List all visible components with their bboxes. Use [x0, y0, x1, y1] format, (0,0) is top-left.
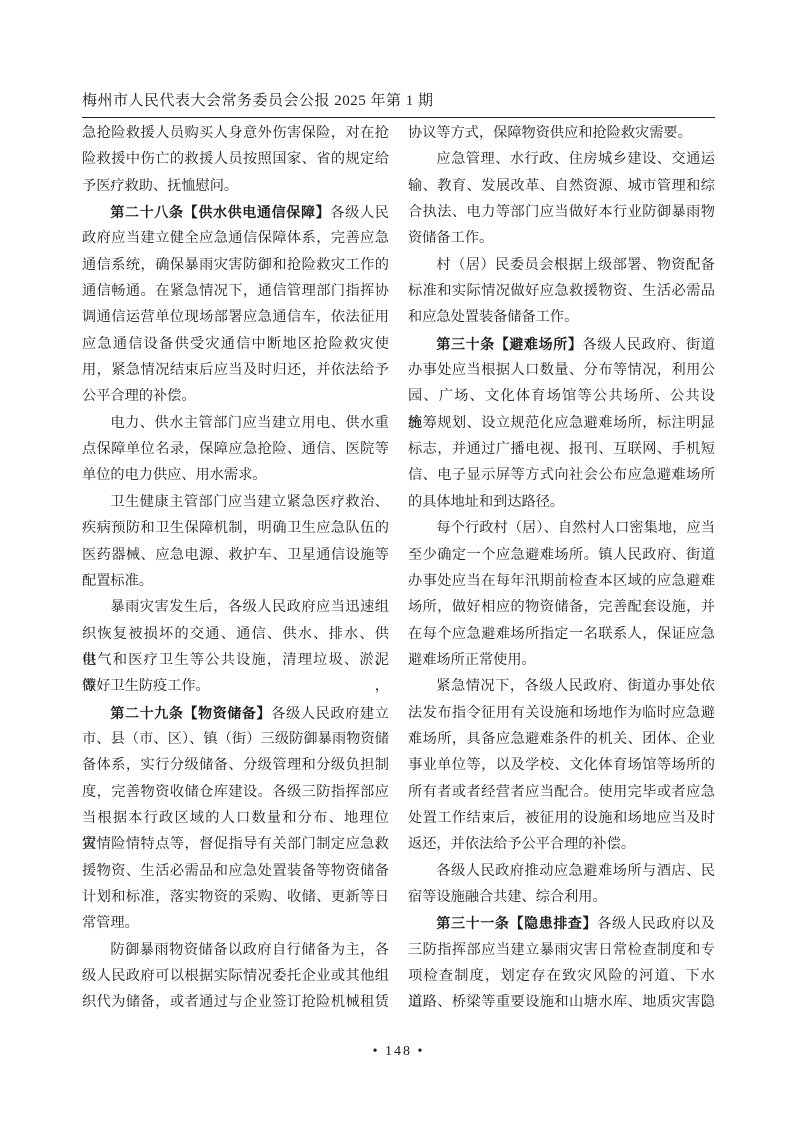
text-line: 常管理。	[82, 910, 389, 936]
text-line: 卫生健康主管部门应当建立紧急医疗救治、	[82, 489, 389, 515]
text-line: 第二十九条【物资储备】各级人民政府建立	[82, 700, 389, 726]
text-line: 予医疗救助、抚恤慰问。	[82, 173, 389, 199]
text-line: 通信系统，确保暴雨灾害防御和抢险救灾工作的	[82, 252, 389, 278]
text-line: 资储备工作。	[408, 225, 715, 251]
page-number: • 148 •	[373, 1044, 425, 1059]
text-line: 级人民政府可以根据实际情况委托企业或其他组	[82, 963, 389, 989]
text-line: 险救援中伤亡的救援人员按照国家、省的规定给	[82, 146, 389, 172]
text-line: 标准和实际情况做好应急救援物资、生活必需品	[408, 278, 715, 304]
text-line: 紧急情况下，各级人民政府、街道办事处依	[408, 673, 715, 699]
text-line: 应急管理、水行政、住房城乡建设、交通运	[408, 146, 715, 172]
gazette-page: 梅州市人民代表大会常务委员会公报 2025 年第 1 期 急抢险救援人员购买人身…	[0, 0, 793, 1122]
text-line: 用，紧急情况结束后应当及时归还，并依法给予	[82, 357, 389, 383]
left-column: 急抢险救援人员购买人身意外伤害保险，对在抢险救援中伤亡的救援人员按照国家、省的规…	[82, 120, 389, 1016]
text-line: 避难场所正常使用。	[408, 647, 715, 673]
text-line: 政府应当建立健全应急通信保障体系，完善应急	[82, 225, 389, 251]
text-line: 项检查制度，划定存在致灾风险的河道、下水道、	[408, 963, 715, 989]
text-line: 计划和标准，落实物资的采购、收储、更新等日	[82, 884, 389, 910]
article-heading: 第三十条【避难场所】	[436, 336, 582, 352]
text-line: 供气和医疗卫生等公共设施，清理垃圾、淤泥等，	[82, 647, 389, 673]
text-line: 第三十条【避难场所】各级人民政府、街道	[408, 331, 715, 357]
text-line: 灾情险情特点等，督促指导有关部门制定应急救	[82, 831, 389, 857]
text-line: 当根据本行政区域的人口数量和分布、地理位置、	[82, 805, 389, 831]
article-heading: 第二十九条【物资储备】	[110, 705, 271, 721]
text-line: 援物资、生活必需品和应急处置装备等物资储备	[82, 858, 389, 884]
text-line: 医药器械、应急电源、救护车、卫星通信设施等	[82, 542, 389, 568]
text-line: 调通信运营单位现场部署应急通信车，依法征用	[82, 304, 389, 330]
text-line: 办事处应当在每年汛期前检查本区域的应急避难	[408, 568, 715, 594]
text-line: 织代为储备，或者通过与企业签订抢险机械租赁	[82, 989, 389, 1015]
text-line: 电力、供水主管部门应当建立用电、供水重	[82, 410, 389, 436]
text-line: 备体系，实行分级储备、分级管理和分级负担制	[82, 752, 389, 778]
text-line: 公平合理的补偿。	[82, 383, 389, 409]
text-line: 合执法、电力等部门应当做好本行业防御暴雨物	[408, 199, 715, 225]
text-line: 应急通信设备供受灾通信中断地区抢险救灾使	[82, 331, 389, 357]
text-line: 急抢险救援人员购买人身意外伤害保险，对在抢	[82, 120, 389, 146]
text-line: 各级人民政府推动应急避难场所与酒店、民	[408, 858, 715, 884]
text-line: 每个行政村（居）、自然村人口密集地，应当	[408, 515, 715, 541]
text-line: 标志，并通过广播电视、报刊、互联网、手机短	[408, 436, 715, 462]
text-line: 宿等设施融合共建、综合利用。	[408, 884, 715, 910]
text-line: 难场所，具备应急避难条件的机关、团体、企业	[408, 726, 715, 752]
text-line: 道路、桥梁等重要设施和山塘水库、地质灾害隐	[408, 989, 715, 1015]
article-heading: 第二十八条【供水供电通信保障】	[110, 204, 330, 220]
article-heading: 第三十一条【隐患排查】	[436, 915, 597, 931]
text-line: 处置工作结束后，被征用的设施和场地应当及时	[408, 805, 715, 831]
text-line: 点保障单位名录，保障应急抢险、通信、医院等	[82, 436, 389, 462]
text-line: 在每个应急避难场所指定一名联系人，保证应急	[408, 621, 715, 647]
right-column: 协议等方式，保障物资供应和抢险救灾需要。应急管理、水行政、住房城乡建设、交通运输…	[408, 120, 715, 1016]
text-line: 输、教育、发展改革、自然资源、城市管理和综	[408, 173, 715, 199]
text-line: 疾病预防和卫生保障机制，明确卫生应急队伍的	[82, 515, 389, 541]
text-line: 第二十八条【供水供电通信保障】各级人民	[82, 199, 389, 225]
text-line: 园、广场、文化体育场馆等公共场所、公共设施，	[408, 383, 715, 409]
text-line: 法发布指令征用有关设施和场地作为临时应急避	[408, 700, 715, 726]
header-title: 梅州市人民代表大会常务委员会公报 2025 年第 1 期	[82, 93, 434, 109]
text-line: 防御暴雨物资储备以政府自行储备为主，各	[82, 937, 389, 963]
text-line: 三防指挥部应当建立暴雨灾害日常检查制度和专	[408, 937, 715, 963]
text-line: 统筹规划、设立规范化应急避难场所，标注明显	[408, 410, 715, 436]
page-header: 梅州市人民代表大会常务委员会公报 2025 年第 1 期	[82, 92, 715, 118]
text-line: 度，完善物资收储仓库建设。各级三防指挥部应	[82, 779, 389, 805]
text-line: 的具体地址和到达路径。	[408, 489, 715, 515]
text-line: 单位的电力供应、用水需求。	[82, 462, 389, 488]
text-line: 和应急处置装备储备工作。	[408, 304, 715, 330]
text-line: 至少确定一个应急避难场所。镇人民政府、街道	[408, 542, 715, 568]
page-footer: • 148 •	[82, 1042, 715, 1060]
text-line: 织恢复被损坏的交通、通信、供水、排水、供电、	[82, 621, 389, 647]
text-line: 协议等方式，保障物资供应和抢险救灾需要。	[408, 120, 715, 146]
text-line: 所有者或者经营者应当配合。使用完毕或者应急	[408, 779, 715, 805]
text-line: 配置标准。	[82, 568, 389, 594]
text-line: 暴雨灾害发生后，各级人民政府应当迅速组	[82, 594, 389, 620]
text-line: 返还，并依法给予公平合理的补偿。	[408, 831, 715, 857]
text-line: 办事处应当根据人口数量、分布等情况，利用公	[408, 357, 715, 383]
text-line: 通信畅通。在紧急情况下，通信管理部门指挥协	[82, 278, 389, 304]
text-line: 信、电子显示屏等方式向社会公布应急避难场所	[408, 462, 715, 488]
text-line: 事业单位等，以及学校、文化体育场馆等场所的	[408, 752, 715, 778]
text-line: 场所，做好相应的物资储备，完善配套设施，并	[408, 594, 715, 620]
text-line: 第三十一条【隐患排查】各级人民政府以及	[408, 910, 715, 936]
text-line: 村（居）民委员会根据上级部署、物资配备	[408, 252, 715, 278]
text-line: 市、县（市、区）、镇（街）三级防御暴雨物资储	[82, 726, 389, 752]
document-body: 急抢险救援人员购买人身意外伤害保险，对在抢险救援中伤亡的救援人员按照国家、省的规…	[82, 120, 715, 1016]
